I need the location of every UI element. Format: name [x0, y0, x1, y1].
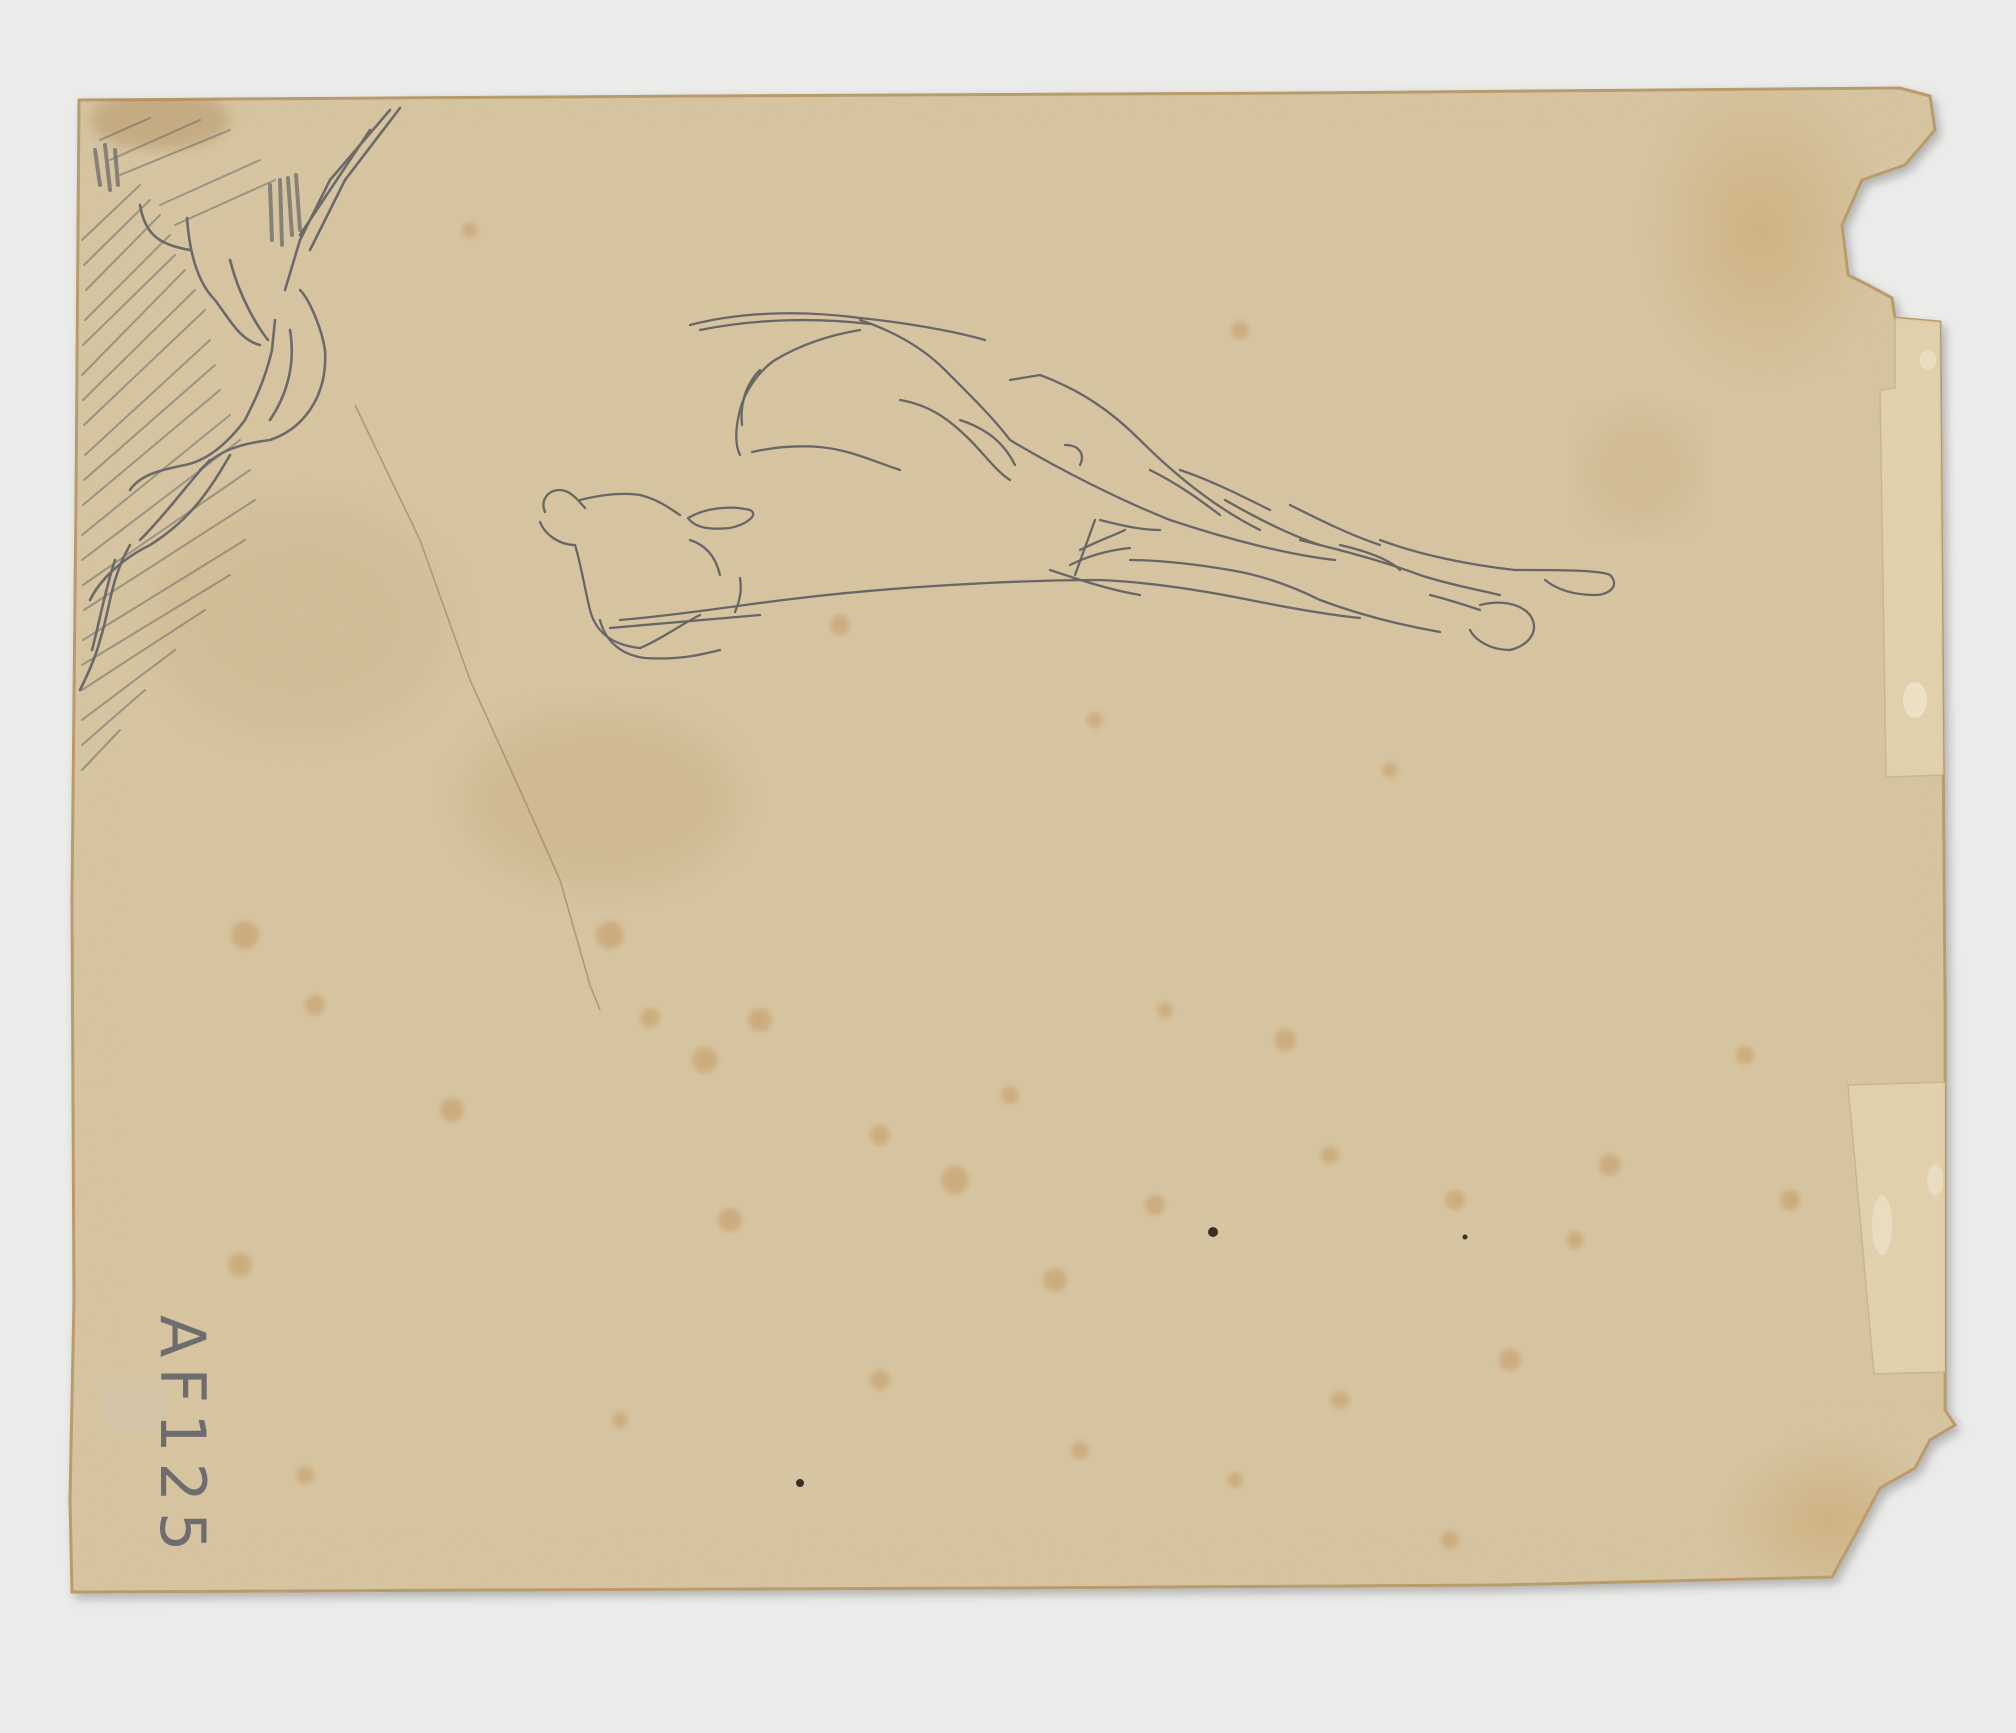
paper-surface: [60, 60, 1970, 1610]
ink-speck: [796, 1479, 804, 1487]
artwork-canvas: [0, 0, 2016, 1733]
ink-speck: [1208, 1227, 1218, 1237]
ink-speck: [1463, 1235, 1468, 1240]
inventory-inscription: AF125: [152, 1315, 212, 1535]
artwork-scan: AF125 Pencil sketch of a recumbent horse…: [0, 0, 2016, 1733]
